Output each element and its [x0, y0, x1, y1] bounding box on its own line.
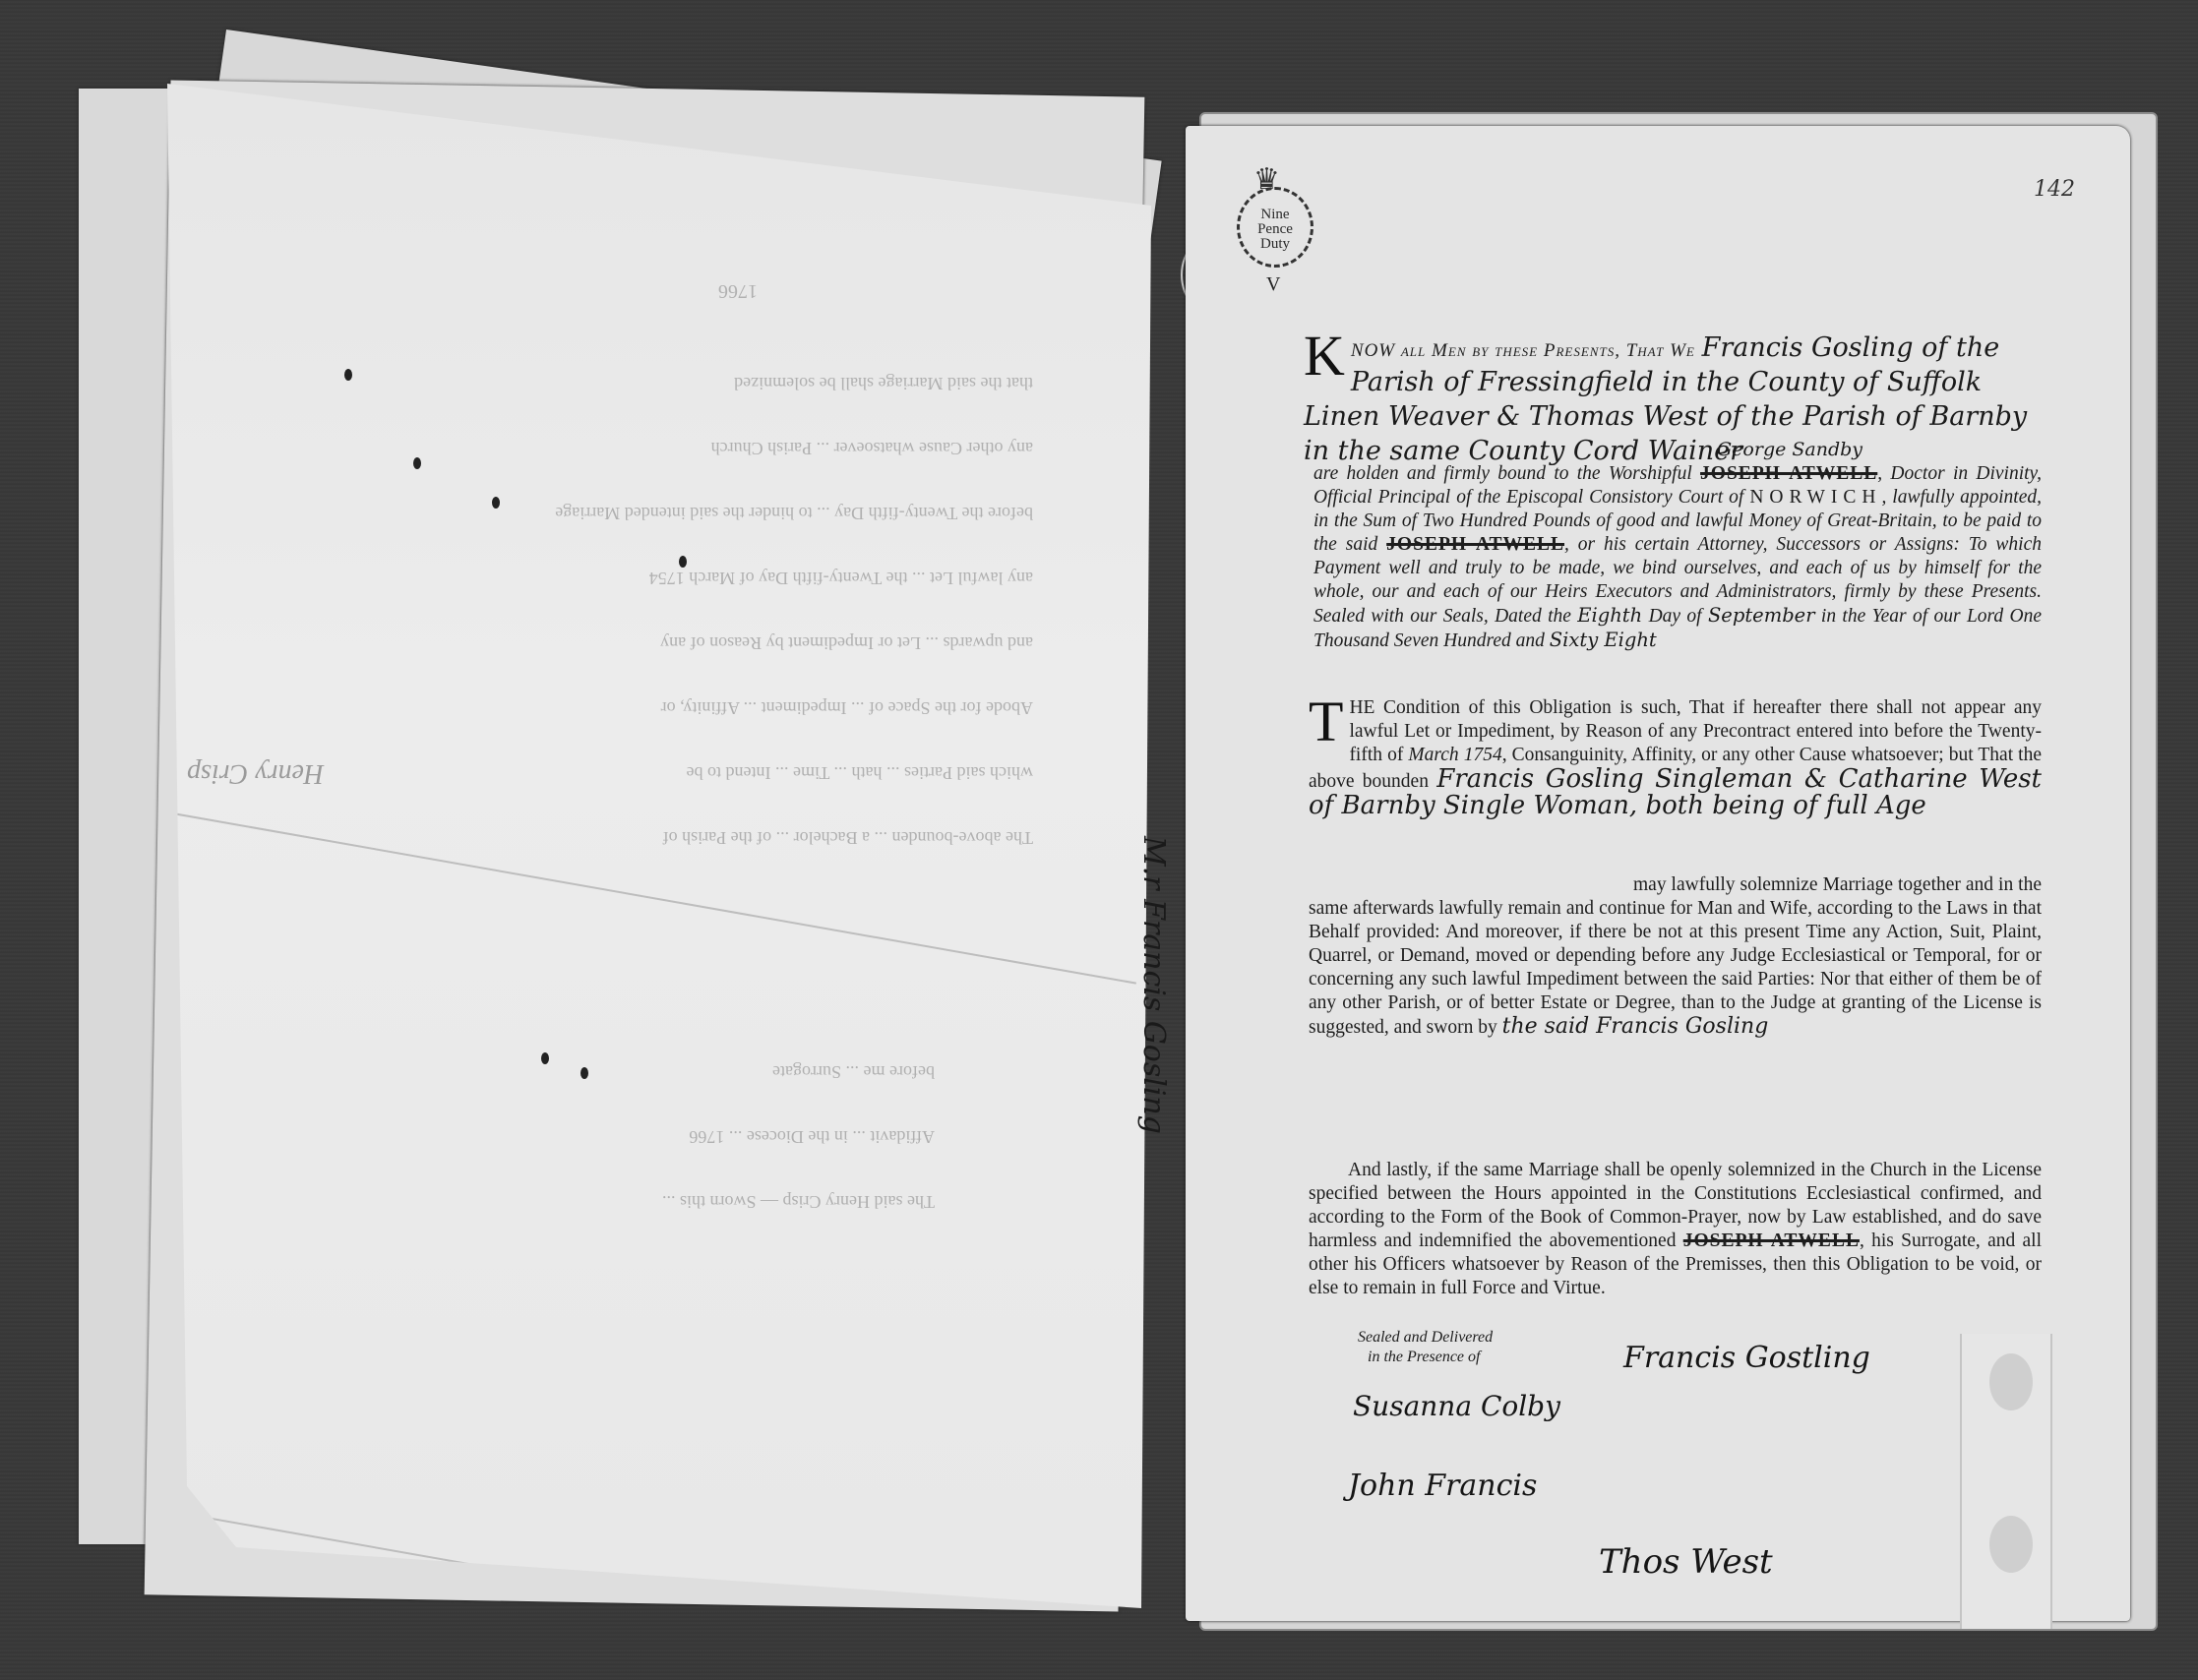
ink-bleed-mark [492, 497, 500, 509]
struck-name: JOSEPH ATWELL [1386, 534, 1564, 555]
left-page-reverse: The above-bounden ... a Bachelor ... of … [167, 84, 1151, 1608]
condition-continued: may lawfully solemnize Marriage together… [1309, 873, 2042, 1040]
ink-bleed-mark [541, 1052, 549, 1064]
faded-affidavit-text: The said Henry Crisp — Sworn this ... Af… [187, 1018, 935, 1256]
witness-signature: Susanna Colby [1353, 1390, 1560, 1422]
ink-bleed-mark [679, 556, 687, 568]
faded-bleedthrough-text: The above-bounden ... a Bachelor ... of … [226, 330, 1033, 892]
folio-number: 142 [2034, 177, 2075, 202]
overwritten-name: George Sandby [1717, 439, 1862, 460]
obligor-signature: Thos West [1599, 1542, 1773, 1582]
stamp-mark: V [1266, 273, 1280, 296]
drop-cap: T [1309, 698, 1343, 746]
faded-year: 1766 [718, 280, 758, 302]
condition-paragraph: T HE Condition of this Obligation is suc… [1309, 696, 2042, 820]
vertical-endorsement: M.r Francis Gosling [1136, 836, 1171, 1134]
obligor-signature: Francis Gostling [1623, 1341, 1870, 1375]
seal-tab-strip [1960, 1334, 2052, 1629]
marriage-bond-document: 142 ♛ Nine Pence Duty V K NOW all Men by… [1186, 118, 2160, 1633]
wax-seal-mark [1989, 1353, 2033, 1410]
wax-seal-mark [1989, 1516, 2033, 1573]
faded-signature: Henry Crisp [187, 762, 324, 784]
ink-bleed-mark [344, 369, 352, 381]
sworn-by-handwritten: the said Francis Gosling [1502, 1014, 1769, 1039]
witness-signature: John Francis [1348, 1469, 1537, 1503]
drop-cap: K [1304, 332, 1345, 380]
sealed-delivered-label: Sealed and Delivered in the Presence of [1358, 1328, 1493, 1367]
duty-stamp: ♛ Nine Pence Duty [1237, 187, 1313, 268]
struck-name: JOSEPH ATWELL [1700, 463, 1877, 484]
bond-opening: K NOW all Men by these Presents, That We… [1304, 330, 2032, 468]
ink-bleed-mark [580, 1067, 588, 1079]
ink-bleed-mark [413, 457, 421, 469]
lastly-paragraph: And lastly, if the same Marriage shall b… [1309, 1159, 2042, 1300]
struck-name: JOSEPH ATWELL [1683, 1230, 1860, 1251]
crown-icon: ♛ [1253, 172, 1280, 187]
bond-body: are holden and firmly bound to the Worsh… [1313, 462, 2042, 653]
left-document-bundle: The above-bounden ... a Bachelor ... of … [148, 30, 1151, 1623]
marriage-bond-page: 142 ♛ Nine Pence Duty V K NOW all Men by… [1186, 126, 2130, 1621]
